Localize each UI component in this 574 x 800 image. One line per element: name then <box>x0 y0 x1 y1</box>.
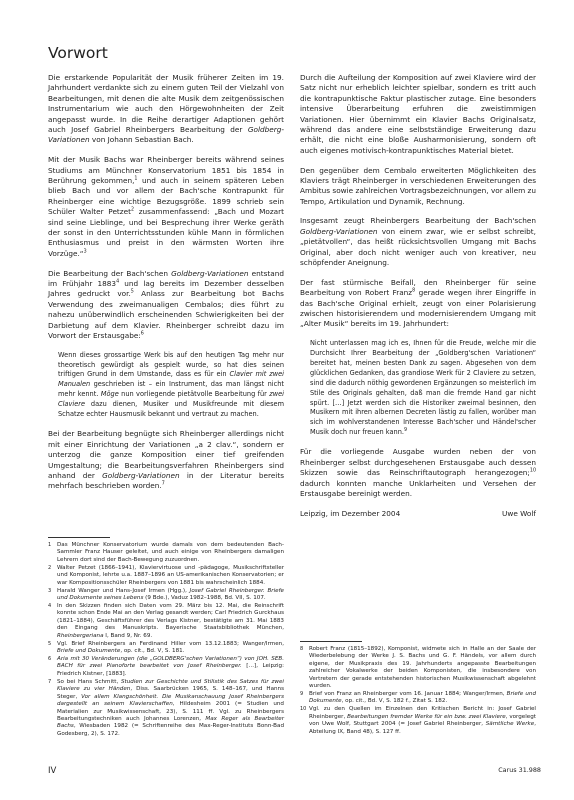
page-title: Vorwort <box>48 44 108 62</box>
signature-author: Uwe Wolf <box>502 509 536 519</box>
italic-title: Briefe und Dokumente <box>57 648 120 654</box>
text: Die Bearbeitung der Bach'schen <box>48 269 171 278</box>
left-column: Die erstarkende Popularität der Musik fr… <box>48 73 284 501</box>
text: nun vorliegende pietätvolle Bearbeitung … <box>119 390 269 398</box>
right-column: Durch die Aufteilung der Komposition auf… <box>300 73 536 519</box>
paragraph: Mit der Musik Bachs war Rheinberger bere… <box>48 155 284 259</box>
footnote-ref[interactable]: 7 <box>162 482 165 487</box>
footnote-divider <box>48 537 110 538</box>
footnote-text: In den Skizzen finden sich Daten vom 29.… <box>57 603 284 640</box>
footnote-ref[interactable]: 9 <box>404 428 407 433</box>
footnote-number: 1 <box>48 542 57 564</box>
text: Harald Wanger und Hans-Josef Irmen (Hgg.… <box>57 588 190 594</box>
italic-title: Goldberg-Variationen <box>102 471 179 480</box>
footnote-text: Aria mit 30 Veränderungen (die „GOLDBERG… <box>57 656 284 678</box>
footnote-number: 2 <box>48 565 57 587</box>
text: , op. cit., Bd. V, S. 181. <box>120 648 184 654</box>
italic-text: Möge <box>101 390 119 398</box>
italic-title: Goldberg-Variationen <box>171 269 248 278</box>
footnote: 9Brief von Franz an Rheinberger vom 16. … <box>300 691 536 706</box>
footnote-text: So bei Hans Schmitt, Studien zur Geschic… <box>57 679 284 738</box>
block-quote: Nicht unterlassen mag ich es, Ihnen für … <box>310 339 536 438</box>
italic-title: Goldberg-Variationen <box>300 227 377 236</box>
footnote: 4In den Skizzen finden sich Daten vom 29… <box>48 603 284 640</box>
footnote-number: 9 <box>300 691 309 706</box>
publisher-reference: Carus 31.988 <box>498 766 541 774</box>
text: In den Skizzen finden sich Daten vom 29.… <box>57 603 284 631</box>
text: , Wiesbaden 1982 (= Schriftenreihe des M… <box>57 723 284 736</box>
italic-title: Bearbeitungen fremder Werke für ein bzw.… <box>347 714 506 720</box>
footnote-number: 7 <box>48 679 57 738</box>
text: Brief von Franz an Rheinberger vom 16. J… <box>309 691 507 697</box>
footnote-text: Das Münchner Konservatorium wurde damals… <box>57 542 284 564</box>
italic-title: Sämtliche Werke <box>486 721 534 727</box>
footnote: 1Das Münchner Konservatorium wurde damal… <box>48 542 284 564</box>
paragraph: Den gegenüber dem Cembalo erweiterten Mö… <box>300 166 536 208</box>
footnote-number: 10 <box>300 706 309 736</box>
paragraph: Insgesamt zeugt Rheinbergers Bearbeitung… <box>300 216 536 268</box>
page-number: IV <box>48 766 56 776</box>
footnote-number: 6 <box>48 656 57 678</box>
text: , op. cit., Bd. V, S. 182 f., Zitat S. 1… <box>342 698 448 704</box>
footnote-ref[interactable]: 6 <box>141 332 144 337</box>
footnote: 8Robert Franz (1815–1892), Komponist, wi… <box>300 646 536 690</box>
footnote-text: Brief von Franz an Rheinberger vom 16. J… <box>309 691 536 706</box>
footnote: 7So bei Hans Schmitt, Studien zur Geschi… <box>48 679 284 738</box>
signature-place-date: Leipzig, im Dezember 2004 <box>300 509 400 519</box>
paragraph: Der fast stürmische Beifall, den Rheinbe… <box>300 278 536 330</box>
footnote: 3Harald Wanger und Hans-Josef Irmen (Hgg… <box>48 588 284 603</box>
italic-title: Rheinbergeriana <box>57 633 104 639</box>
footnote-number: 3 <box>48 588 57 603</box>
footnote-text: Harald Wanger und Hans-Josef Irmen (Hgg.… <box>57 588 284 603</box>
paragraph: Bei der Bearbeitung begnügte sich Rheinb… <box>48 429 284 491</box>
footnote-divider <box>300 641 362 642</box>
footnote-text: Vgl. Brief Rheinbergers an Ferdinand Hil… <box>57 641 284 656</box>
footnotes-left: 1Das Münchner Konservatorium wurde damal… <box>48 537 284 739</box>
footnote-text: Vgl. zu den Quellen im Einzelnen den Kri… <box>309 706 536 736</box>
text: Vgl. Brief Rheinbergers an Ferdinand Hil… <box>57 641 284 647</box>
footnote: 2Walter Petzet (1866–1941), Klaviervirtu… <box>48 565 284 587</box>
footnote-ref[interactable]: 3 <box>84 249 87 254</box>
footnote-text: Robert Franz (1815–1892), Komponist, wid… <box>309 646 536 690</box>
text: (9 Bde.), Vaduz 1982–1988, Bd. VII, S. 1… <box>143 595 265 601</box>
paragraph: Durch die Aufteilung der Komposition auf… <box>300 73 536 156</box>
paragraph: Die Bearbeitung der Bach'schen Goldberg-… <box>48 269 284 342</box>
footnote-number: 4 <box>48 603 57 640</box>
text: So bei Hans Schmitt, <box>57 679 121 685</box>
signature: Leipzig, im Dezember 2004 Uwe Wolf <box>300 509 536 519</box>
footnotes-right: 8Robert Franz (1815–1892), Komponist, wi… <box>300 641 536 737</box>
text: Für die vorliegende Ausgabe wurden neben… <box>300 447 536 477</box>
paragraph: Für die vorliegende Ausgabe wurden neben… <box>300 447 536 499</box>
paragraph: Die erstarkende Popularität der Musik fr… <box>48 73 284 146</box>
text: I, Band 9, Nr. 69. <box>104 633 153 639</box>
footnote-number: 8 <box>300 646 309 690</box>
footnote-ref[interactable]: 10 <box>530 469 536 474</box>
footnote: 10Vgl. zu den Quellen im Einzelnen den K… <box>300 706 536 736</box>
text: von Johann Sebastian Bach. <box>90 135 194 144</box>
footnote-number: 5 <box>48 641 57 656</box>
text: Nicht unterlassen mag ich es, Ihnen für … <box>310 339 536 436</box>
text: dazu dienen, Musiker und Musikfreunde mi… <box>58 400 284 418</box>
footnote-text: Walter Petzet (1866–1941), Klaviervirtuo… <box>57 565 284 587</box>
text: dadurch konnten manche Unklarheiten und … <box>300 479 536 498</box>
text: Insgesamt zeugt Rheinbergers Bearbeitung… <box>300 216 536 225</box>
block-quote: Wenn dieses grossartige Werk bis auf den… <box>58 351 284 420</box>
footnote: 6Aria mit 30 Veränderungen (die „GOLDBER… <box>48 656 284 678</box>
footnote: 5Vgl. Brief Rheinbergers an Ferdinand Hi… <box>48 641 284 656</box>
